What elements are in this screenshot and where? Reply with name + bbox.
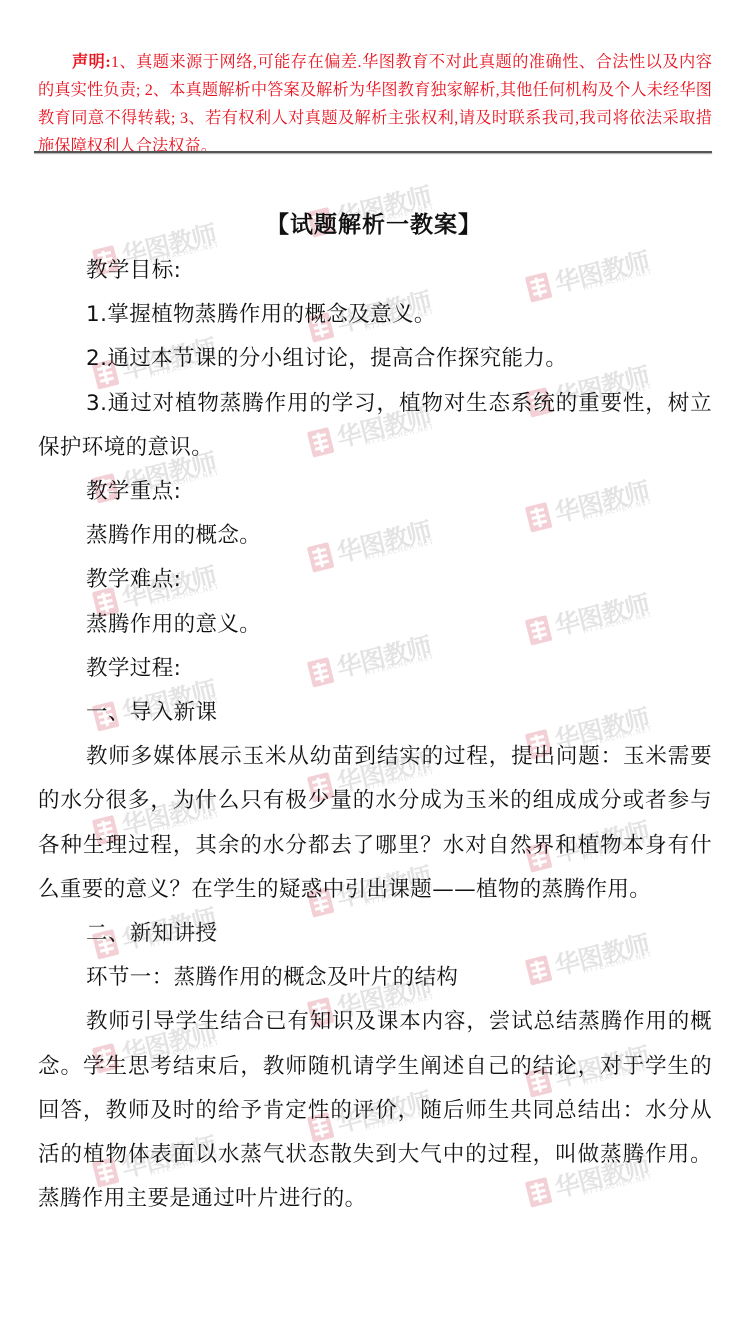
goal-item-3: 3.通过对植物蒸腾作用的学习，植物对生态系统的重要性，树立保护环境的意识。 [38,382,712,470]
key-point-text: 蒸腾作用的概念。 [38,514,712,558]
page-title: 【试题解析一教案】 [0,208,748,242]
section-heading-difficulties: 教学难点: [38,558,712,602]
step-1-heading: 环节一：蒸腾作用的概念及叶片的结构 [38,956,712,1000]
section-heading-process: 教学过程: [38,647,712,691]
disclaimer-notice: 声明:1、真题来源于网络,可能存在偏差.华图教育不对此真题的准确性、合法性以及内… [38,48,712,160]
section-heading-goals: 教学目标: [38,249,712,293]
difficulty-text: 蒸腾作用的意义。 [38,603,712,647]
section-heading-key-points: 教学重点: [38,470,712,514]
goal-item-1: 1.掌握植物蒸腾作用的概念及意义。 [38,293,712,337]
goal-item-2: 2.通过本节课的分小组讨论，提高合作探究能力。 [38,337,712,381]
part-1-paragraph: 教师多媒体展示玉米从幼苗到结实的过程，提出问题：玉米需要的水分很多，为什么只有极… [38,735,712,912]
part-1-heading: 一、导入新课 [38,691,712,735]
part-2-heading: 二、新知讲授 [38,912,712,956]
disclaimer-text: 1、真题来源于网络,可能存在偏差.华图教育不对此真题的准确性、合法性以及内容的真… [38,53,712,155]
header-divider [34,151,712,153]
step-1-paragraph: 教师引导学生结合已有知识及课本内容，尝试总结蒸腾作用的概念。学生思考结束后，教师… [38,1000,712,1221]
lesson-plan-content: 教学目标: 1.掌握植物蒸腾作用的概念及意义。 2.通过本节课的分小组讨论，提高… [38,249,712,1221]
disclaimer-label: 声明: [72,53,111,71]
